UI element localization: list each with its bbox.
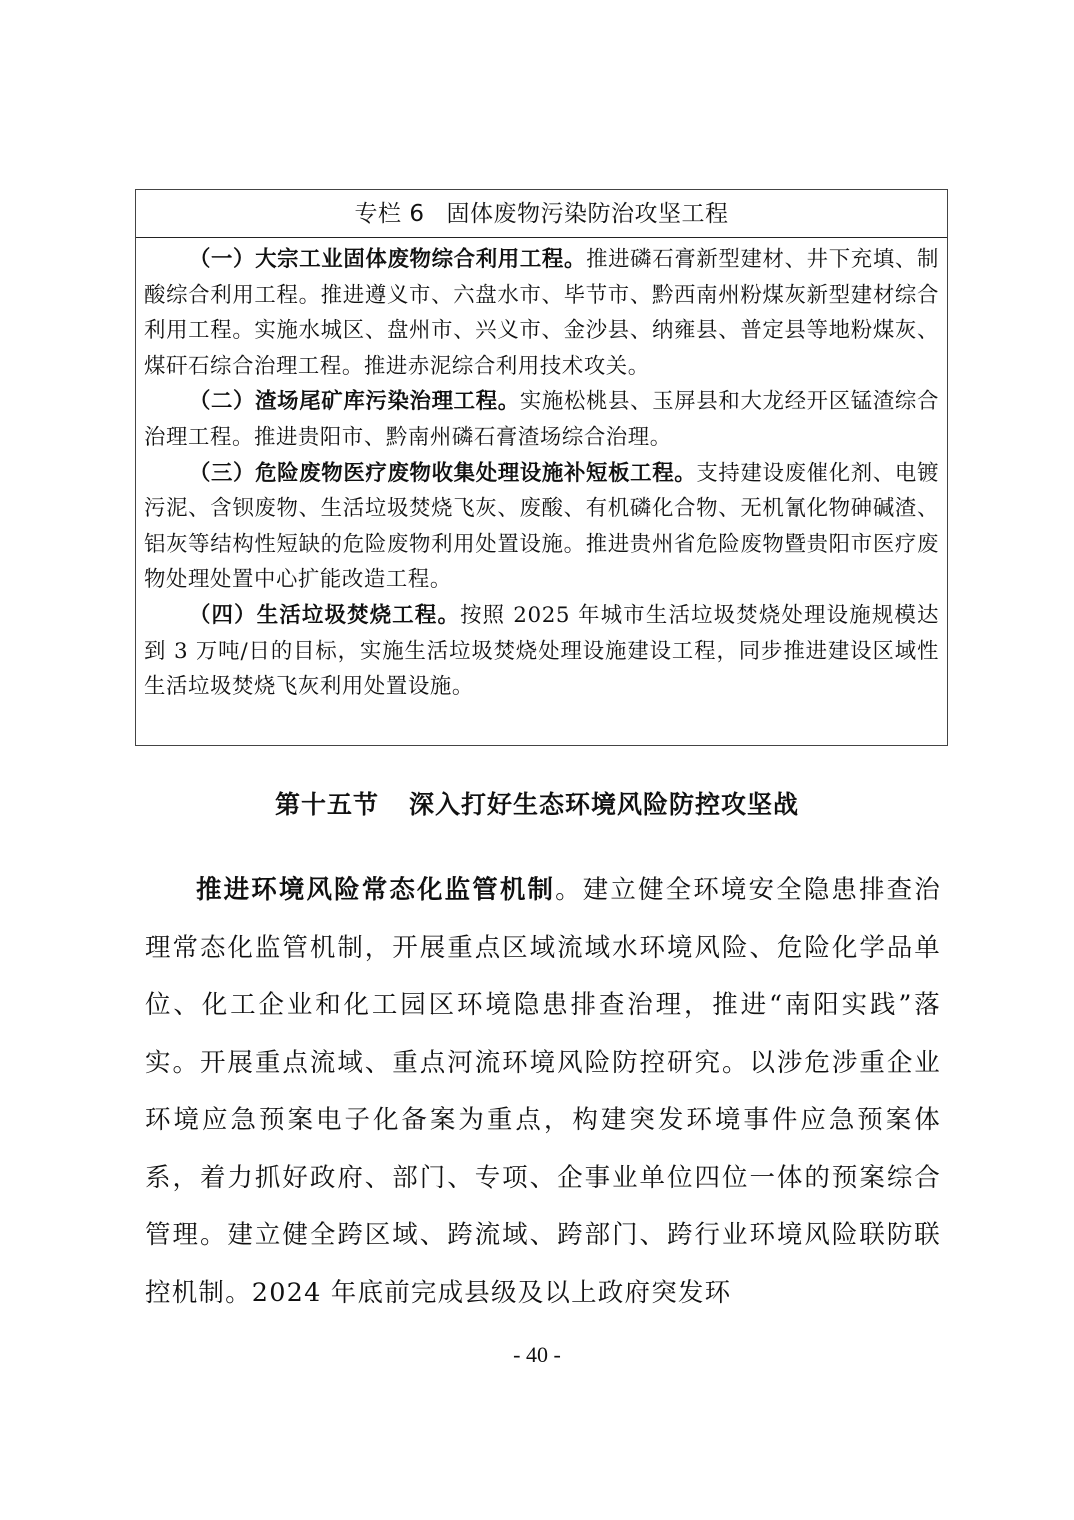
box-item: （四）生活垃圾焚烧工程。按照 2025 年城市生活垃圾焚烧处理设施规模达到 3 … (144, 598, 939, 705)
body-text: 推进环境风险常态化监管机制。建立健全环境安全隐患排查治理常态化监管机制，开展重点… (145, 862, 941, 1322)
special-column-box: 专栏 6固体废物污染防治攻坚工程 （一）大宗工业固体废物综合利用工程。推进磷石膏… (135, 189, 948, 746)
body-paragraph-text: 。建立健全环境安全隐患排查治理常态化监管机制，开展重点区域流域水环境风险、危险化… (145, 875, 941, 1308)
box-title: 专栏 6固体废物污染防治攻坚工程 (136, 190, 947, 238)
body-paragraph: 推进环境风险常态化监管机制。建立健全环境安全隐患排查治理常态化监管机制，开展重点… (145, 862, 941, 1322)
box-item: （二）渣场尾矿库污染治理工程。实施松桃县、玉屏县和大龙经开区锰渣综合治理工程。推… (144, 384, 939, 455)
box-item: （三）危险废物医疗废物收集处理设施补短板工程。支持建设废催化剂、电镀污泥、含钡废… (144, 456, 939, 598)
box-body: （一）大宗工业固体废物综合利用工程。推进磷石膏新型建材、井下充填、制酸综合利用工… (136, 238, 947, 705)
box-item-lead: （四）生活垃圾焚烧工程。 (189, 603, 460, 628)
box-title-label: 专栏 6 (355, 201, 425, 227)
body-paragraph-lead: 推进环境风险常态化监管机制 (196, 875, 555, 905)
box-item: （一）大宗工业固体废物综合利用工程。推进磷石膏新型建材、井下充填、制酸综合利用工… (144, 242, 939, 384)
box-item-lead: （一）大宗工业固体废物综合利用工程。 (189, 247, 586, 272)
section-title: 深入打好生态环境风险防控攻坚战 (409, 790, 799, 819)
box-item-lead: （三）危险废物医疗废物收集处理设施补短板工程。 (189, 461, 696, 486)
page-number: - 40 - (0, 1340, 1074, 1370)
box-item-lead: （二）渣场尾矿库污染治理工程。 (189, 389, 520, 414)
section-heading: 第十五节深入打好生态环境风险防控攻坚战 (0, 783, 1074, 827)
box-title-text: 固体废物污染防治攻坚工程 (446, 201, 728, 227)
section-number: 第十五节 (275, 790, 379, 819)
document-page: 专栏 6固体废物污染防治攻坚工程 （一）大宗工业固体废物综合利用工程。推进磷石膏… (0, 0, 1074, 1520)
